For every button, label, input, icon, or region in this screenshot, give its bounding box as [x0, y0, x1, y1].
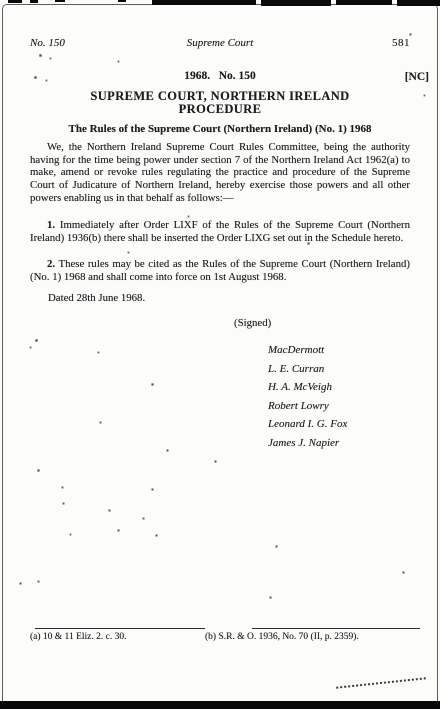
signature-name: MacDermott	[268, 341, 347, 360]
signature-name: James J. Napier	[268, 434, 347, 453]
scan-top-edge-mark	[152, 0, 256, 5]
signature-list: MacDermott L. E. Curran H. A. McVeigh Ro…	[268, 341, 347, 453]
scan-top-edge-mark	[397, 0, 440, 6]
signature-name: Leonard I. G. Fox	[268, 415, 347, 434]
scan-top-edge-mark	[118, 0, 126, 2]
footnote-separator-right	[252, 628, 420, 629]
issue-classification-tag: [NC]	[405, 71, 429, 83]
document-title-line2: PROCEDURE	[0, 103, 440, 116]
document-title-line1: SUPREME COURT, NORTHERN IRELAND	[0, 90, 440, 103]
issue-line: 1968. No. 150 [NC]	[0, 70, 440, 82]
rule-paragraph-2: 2. These rules may be cited as the Rules…	[30, 258, 410, 284]
scan-curl-line	[336, 677, 426, 688]
scan-top-edge-mark	[30, 0, 38, 3]
running-header: No. 150 Supreme Court 581	[30, 37, 410, 49]
signature-name: L. E. Curran	[268, 360, 347, 379]
scan-noise-specks	[0, 0, 1, 1]
rule-text: Immediately after Order LIXF of the Rule…	[30, 219, 410, 244]
document-title: SUPREME COURT, NORTHERN IRELAND PROCEDUR…	[0, 90, 440, 115]
scan-bottom-edge-bar	[0, 701, 440, 709]
preamble-paragraph: We, the Northern Ireland Supreme Court R…	[30, 141, 410, 205]
rule-number: 1.	[47, 219, 55, 231]
running-header-page-number: 581	[295, 37, 410, 49]
rule-number: 2.	[47, 258, 55, 270]
signed-label: (Signed)	[234, 317, 271, 329]
footnote-a: (a) 10 & 11 Eliz. 2. c. 30.	[30, 632, 126, 642]
scan-top-edge-mark	[8, 0, 22, 3]
footnote-separator-left	[35, 628, 205, 629]
issue-number: 1968. No. 150	[184, 70, 256, 82]
dated-line: Dated 28th June 1968.	[48, 292, 145, 304]
scanned-document-page: No. 150 Supreme Court 581 1968. No. 150 …	[0, 0, 440, 709]
running-header-title: Supreme Court	[145, 37, 295, 49]
document-subtitle: The Rules of the Supreme Court (Northern…	[0, 123, 440, 135]
rule-text: These rules may be cited as the Rules of…	[30, 258, 410, 283]
signature-name: H. A. McVeigh	[268, 378, 347, 397]
scan-top-edge-mark	[261, 0, 331, 6]
rule-paragraph-1: 1. Immediately after Order LIXF of the R…	[30, 219, 410, 245]
signature-name: Robert Lowry	[268, 397, 347, 416]
scan-top-edge-mark	[336, 0, 392, 5]
footnote-b: (b) S.R. & O. 1936, No. 70 (II, p. 2359)…	[205, 632, 359, 642]
scan-top-edge-mark	[55, 0, 65, 2]
running-header-rule-number: No. 150	[30, 37, 145, 49]
